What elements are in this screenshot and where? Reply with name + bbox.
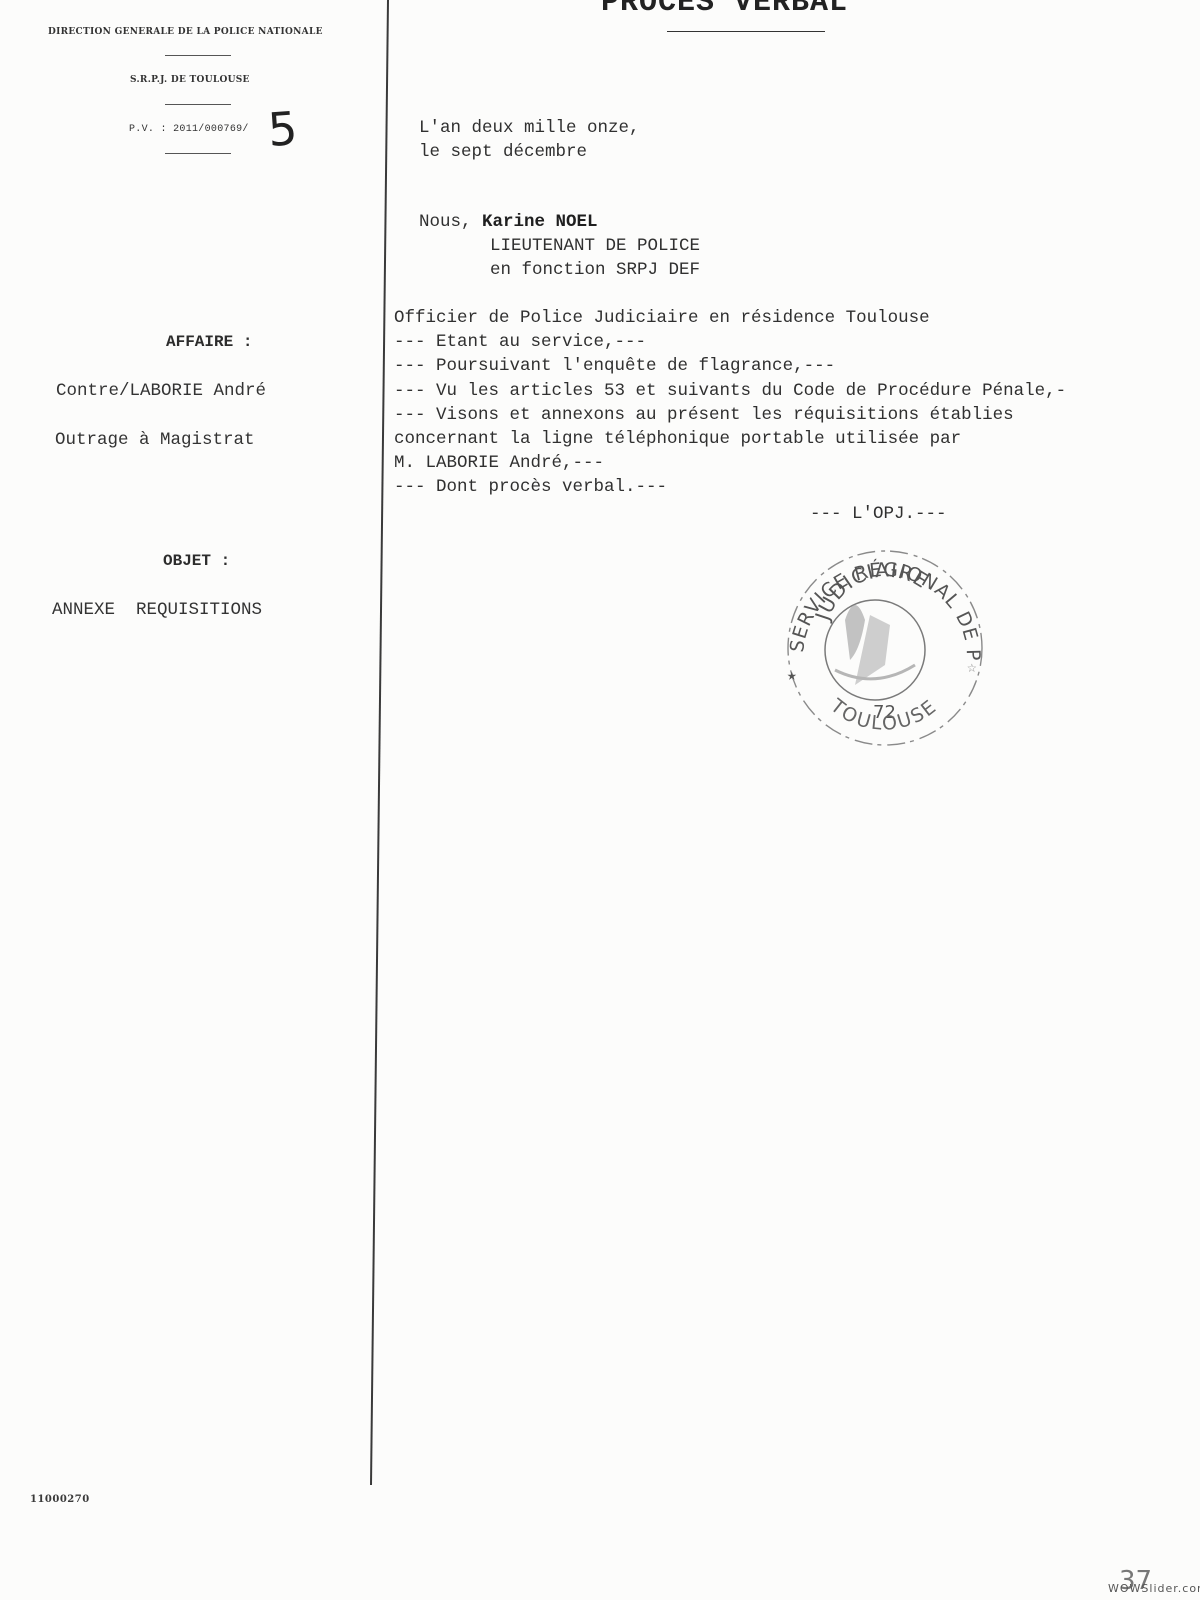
svg-text:JUDICIAIRE: JUDICIAIRE	[810, 557, 933, 624]
officer-line: Nous, Karine NOEL	[419, 210, 598, 234]
body-line: M. LABORIE André,---	[394, 451, 1066, 475]
affaire-label: AFFAIRE :	[166, 333, 252, 351]
officer-rank: LIEUTENANT DE POLICE	[490, 234, 700, 258]
header-divider	[165, 153, 231, 154]
title-underline	[667, 31, 825, 32]
affaire-line: Outrage à Magistrat	[55, 430, 255, 450]
date-line-year: L'an deux mille onze,	[419, 116, 640, 140]
body-line: --- Poursuivant l'enquête de flagrance,-…	[394, 354, 1066, 378]
direction-header: DIRECTION GENERALE DE LA POLICE NATIONAL…	[48, 27, 323, 37]
body-line: --- Dont procès verbal.---	[394, 475, 1066, 499]
watermark: WOWSlider.com	[1108, 1582, 1200, 1595]
svg-text:★: ★	[787, 667, 797, 685]
body-line: Officier de Police Judiciaire en résiden…	[394, 306, 1066, 330]
signature: --- L'OPJ.---	[810, 502, 947, 526]
body-line: --- Vu les articles 53 et suivants du Co…	[394, 379, 1066, 403]
official-stamp: SERVICE RÉGIONAL DE POLICE JUDICIAIRE 72…	[775, 540, 995, 750]
service-header: S.R.P.J. DE TOULOUSE	[130, 75, 250, 85]
objet-label: OBJET :	[163, 552, 230, 570]
header-divider	[165, 104, 231, 105]
header-divider	[165, 55, 231, 56]
officer-function: en fonction SRPJ DEF	[490, 258, 700, 282]
body-line: concernant la ligne téléphonique portabl…	[394, 427, 1066, 451]
pv-number: P.V. : 2011/000769/	[129, 124, 249, 135]
body-line: --- Visons et annexons au présent les ré…	[394, 403, 1066, 427]
objet-text: ANNEXE REQUISITIONS	[52, 600, 262, 620]
body-text: Officier de Police Judiciaire en résiden…	[394, 306, 1066, 500]
affaire-line: Contre/LABORIE André	[56, 381, 266, 401]
document-title: PROCES VERBAL	[601, 0, 848, 20]
svg-text:TOULOUSE: TOULOUSE	[825, 694, 941, 735]
form-code: 11000270	[30, 1494, 90, 1505]
svg-text:☆: ☆	[967, 659, 977, 677]
pv-handwritten-suffix: 5	[266, 101, 299, 157]
officer-name: Karine NOEL	[482, 212, 598, 232]
body-line: --- Etant au service,---	[394, 330, 1066, 354]
officer-prefix: Nous,	[419, 212, 482, 232]
date-line-day: le sept décembre	[419, 140, 587, 164]
